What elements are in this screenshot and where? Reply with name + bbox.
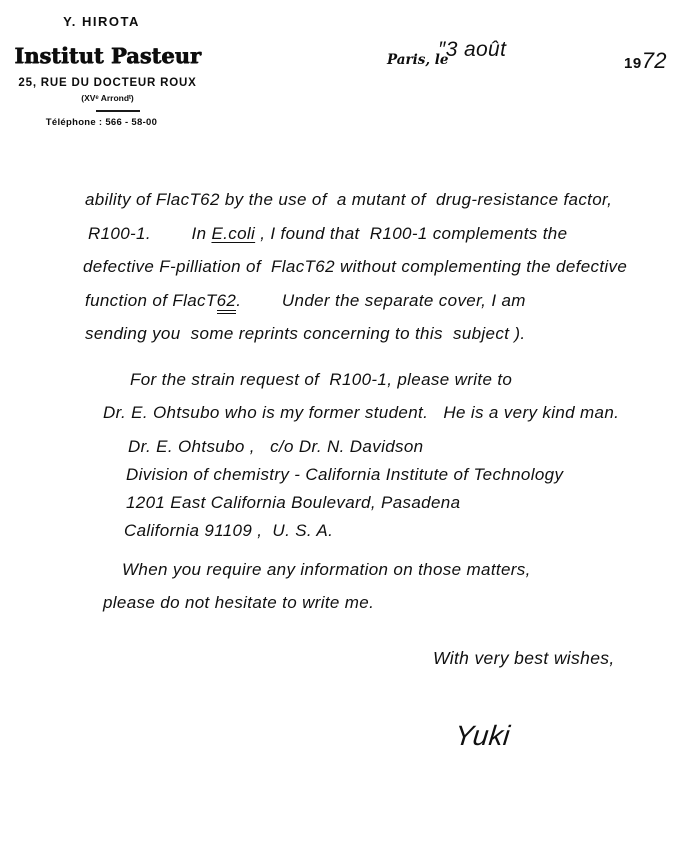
scanned-letter-page: Y. HIROTA Institut Pasteur 25, RUE DU DO… bbox=[0, 0, 700, 861]
address-line: 1201 East California Boulevard, Pasadena bbox=[126, 489, 700, 517]
letter-line: For the strain request of R100-1, please… bbox=[130, 363, 700, 397]
address-line: Division of chemistry - California Insti… bbox=[126, 461, 700, 489]
letter-line: R100-1. In E.coli , I found that R100-1 … bbox=[88, 217, 700, 251]
valediction: With very best wishes, bbox=[433, 648, 615, 669]
letter-line: Dr. E. Ohtsubo who is my former student.… bbox=[103, 396, 700, 430]
letter-line: function of FlacT62. Under the separate … bbox=[85, 284, 700, 318]
letter-line: sending you some reprints concerning to … bbox=[85, 317, 700, 351]
dateline-year: 1972 bbox=[624, 48, 667, 74]
sender-name: Y. HIROTA bbox=[0, 14, 215, 29]
letter-body: ability of FlacT62 by the use of a mutan… bbox=[85, 183, 700, 620]
institution-name: Institut Pasteur bbox=[0, 43, 215, 68]
letter-line: defective F-pilliation of FlacT62 withou… bbox=[83, 250, 700, 284]
telephone: Téléphone : 566 - 58-00 bbox=[0, 117, 215, 128]
dateline-printed-year-prefix: 19 bbox=[624, 55, 642, 72]
letterhead: Y. HIROTA Institut Pasteur 25, RUE DU DO… bbox=[0, 14, 215, 128]
letterhead-divider bbox=[96, 110, 140, 112]
line-segment: R100-1. In bbox=[88, 224, 211, 243]
line-segment: , I found that R100-1 complements the bbox=[255, 224, 567, 243]
letter-line: When you require any information on thos… bbox=[122, 553, 700, 587]
letter-line: ability of FlacT62 by the use of a mutan… bbox=[85, 183, 700, 217]
address-line: California 91109 , U. S. A. bbox=[124, 517, 700, 545]
dateline-handwritten-day-month: ″3 août bbox=[438, 38, 506, 62]
letter-line: please do not hesitate to write me. bbox=[103, 586, 700, 620]
line-segment: function of FlacT bbox=[85, 291, 217, 310]
signature: Yuki bbox=[453, 720, 511, 752]
line-segment: . Under the separate cover, I am bbox=[236, 291, 526, 310]
street-address: 25, RUE DU DOCTEUR ROUX bbox=[0, 77, 215, 89]
arrondissement: (XVᵉ Arrondᵗ) bbox=[0, 93, 215, 103]
double-underlined-term: 62 bbox=[217, 291, 237, 314]
dateline-handwritten-year-suffix: 72 bbox=[642, 48, 667, 73]
address-block: Dr. E. Ohtsubo , c/o Dr. N. Davidson Div… bbox=[85, 433, 700, 545]
underlined-term-ecoli: E.coli bbox=[211, 224, 255, 243]
address-line: Dr. E. Ohtsubo , c/o Dr. N. Davidson bbox=[128, 433, 700, 461]
